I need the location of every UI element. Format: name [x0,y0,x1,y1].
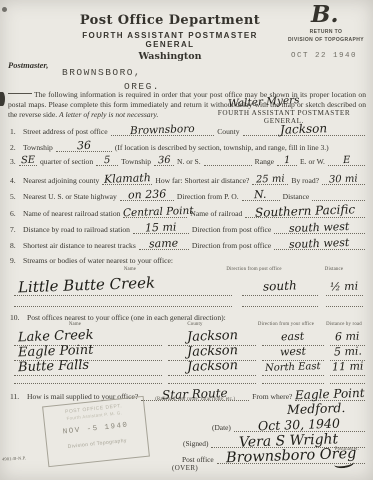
q3-label-quarter: quarter of section [37,157,96,166]
q3-blank-ns [204,160,252,166]
q8-answer-direction: south west [289,237,350,250]
q6-label-railroad: Name of railroad [187,209,245,218]
addressee-city: BROWNSBORO, [62,67,141,78]
q3-answer-range: 1 [284,156,291,166]
return-to-note: RETURN TO DIVISION OF TOPOGRAPHY [286,29,366,44]
q9-label: Streams or bodies of water nearest to yo… [23,256,176,265]
q10-po-direction: North East [265,362,321,374]
question-7: 7. Distance by road to railroad station … [10,222,365,234]
q3-answer-ew: E [343,156,351,166]
q6-answer-railroad: Southern Pacific [255,203,355,218]
q11-label-fromwhere: From where? [249,392,295,401]
header-place: Washington [60,51,280,62]
q9-stream-name: Little Butte Creek [18,276,156,296]
question-10: 10. Post offices nearest to your office … [10,313,365,322]
q5-label-highway: Nearest U. S. or State highway [23,192,120,201]
q1-label-county: County [214,127,242,136]
q10-po-name: Butte Falls [18,359,89,374]
q11-answer-fromwhere: Eagle Point [295,387,365,401]
question-2: 2. Township 36 (If location is described… [10,140,365,152]
received-stamp-box: POST OFFICE DEPT. Fourth Assistant P. M.… [42,396,150,467]
q10-blank-distance [330,379,365,384]
q10-label: Post offices nearest to your office (one… [27,313,229,322]
notice-sentence-3: A letter of reply is not necessary. [59,110,158,119]
q9-row-blank [14,301,363,307]
q8-number: 8. [10,241,23,250]
q10-row-3: Butte Falls Jackson North East 11 mi [14,360,365,376]
q4-answer-road: 30 mi [329,175,358,186]
q10-po-direction: west [280,346,306,358]
received-stamp-line4: Division of Topography [47,436,147,452]
post-office-label: Post office [182,455,217,464]
q11-answer-caption: (Railroad, star route, rural route, etc.… [141,397,249,402]
q1-answer-address: Brownsboro [130,124,195,137]
q4-answer-county: Klamath [104,172,151,185]
q9-colhead-direction: Direction from post office [198,267,310,272]
form-header: Post Office Department FOURTH ASSISTANT … [60,13,280,62]
q9-blank-direction [242,302,318,307]
q10-blank-direction [262,379,324,384]
q4-label-road: By road? [288,176,322,185]
q2-answer-township: 36 [77,140,91,151]
q7-label-direction: Direction from post office [189,225,274,234]
q2-label-township: Township [23,143,56,152]
q5-answer-direction: N. [254,189,267,200]
date-label: (Date) [212,423,234,432]
q6-answer-station: Central Point [123,206,194,219]
form-number: 4901-B-N.P. [2,455,26,461]
q10-po-county: Jackson [186,359,237,374]
q11-answer-fromwhere-2: Medford. [287,402,346,417]
q5-answer-highway: on 236 [128,188,167,200]
q9-stream-distance: ½ mi [330,281,358,293]
q10-po-distance: 11 mi [332,360,364,372]
q3-number: 3. [10,157,19,166]
question-6: 6. Name of nearest railroad station Cent… [10,205,365,218]
corner-mark: B. [311,1,338,28]
q2-parenthetical: (If location is described by section, to… [112,143,332,152]
q5-number: 5. [10,192,23,201]
question-1: 1. Street address of post office Brownsb… [10,123,365,136]
q2-number: 2. [10,143,23,152]
q10-blank-name [14,379,162,384]
q8-label-air: Shortest air distance to nearest tracks [23,241,139,250]
q3-answer-quarter: SE [21,156,35,166]
over-label: (OVER) [172,464,198,472]
q5-label-distance: Distance [280,192,313,201]
q10-number: 10. [10,313,27,322]
question-9: 9. Streams or bodies of water nearest to… [10,256,365,265]
q10-blank-county [168,379,256,384]
q9-stream-direction: south [263,279,297,292]
q7-label-distance: Distance by road to railroad station [23,225,133,234]
q10-po-distance: 6 mi [335,331,360,343]
q7-answer-distance: 15 mi [145,221,177,233]
q1-label-address: Street address of post office [23,127,111,136]
q10-po-direction: east [281,331,305,343]
q9-number: 9. [10,256,23,265]
q3-label-township: Township [118,157,154,166]
q7-answer-direction: south west [289,221,350,234]
q4-label-air: How far: Shortest air distance? [152,176,252,185]
scanned-form-page: B. Post Office Department FOURTH ASSISTA… [0,0,373,480]
received-stamp-date: NOV -5 1940 [46,420,146,438]
q11-number: 11. [10,392,27,401]
question-3: 3. SE quarter of section 5 Township 36 N… [10,156,365,166]
q4-label-county: Nearest adjoining county [23,176,102,185]
q10-po-distance: 5 mi. [333,346,361,358]
q7-number: 7. [10,225,23,234]
received-date-stamp: OCT 22 1940 [282,52,366,60]
addressee-salutation: Postmaster, [8,60,48,70]
question-5: 5. Nearest U. S. or State highway on 236… [10,189,365,201]
bureau-title: FOURTH ASSISTANT POSTMASTER GENERAL [60,31,280,49]
return-to-line1: RETURN TO [286,29,366,37]
question-11: 11. How is mail supplied to your office?… [10,388,365,401]
signed-label: (Signed) [183,439,211,448]
leader-dash [8,93,32,94]
q6-label-station: Name of nearest railroad station [23,209,123,218]
q4-answer-air: 25 mi [256,175,285,186]
q10-row-blank [14,377,365,384]
q6-number: 6. [10,209,23,218]
department-title: Post Office Department [60,13,280,28]
q5-label-direction: Direction from P. O. [174,192,242,201]
q1-number: 1. [10,127,23,136]
q4-number: 4. [10,176,23,185]
q3-label-ew: E. or W. [297,157,328,166]
q9-row-1: Little Butte Creek south ½ mi [14,275,363,296]
q3-answer-section: 5 [104,156,111,166]
return-to-line2: DIVISION OF TOPOGRAPHY [286,37,366,45]
scan-artifact [0,92,5,106]
q9-colhead-distance: Distance [304,267,364,272]
q8-label-direction: Direction from post office [189,241,274,250]
scan-artifact [2,7,7,12]
q9-colhead-name: Name [90,267,170,272]
q1-answer-county: Jackson [280,122,327,136]
q3-label-ns: N. or S. [174,157,204,166]
date-line: (Date) Oct 30, 1940 [212,419,365,432]
q9-blank-distance [326,302,363,307]
q9-blank-name [14,302,232,307]
q5-blank-distance [312,195,365,201]
q3-answer-township: 36 [157,156,170,166]
question-4: 4. Nearest adjoining county Klamath How … [10,173,365,185]
question-8: 8. Shortest air distance to nearest trac… [10,238,365,250]
q8-answer-air: same [149,237,179,249]
q3-label-range: Range [252,157,277,166]
